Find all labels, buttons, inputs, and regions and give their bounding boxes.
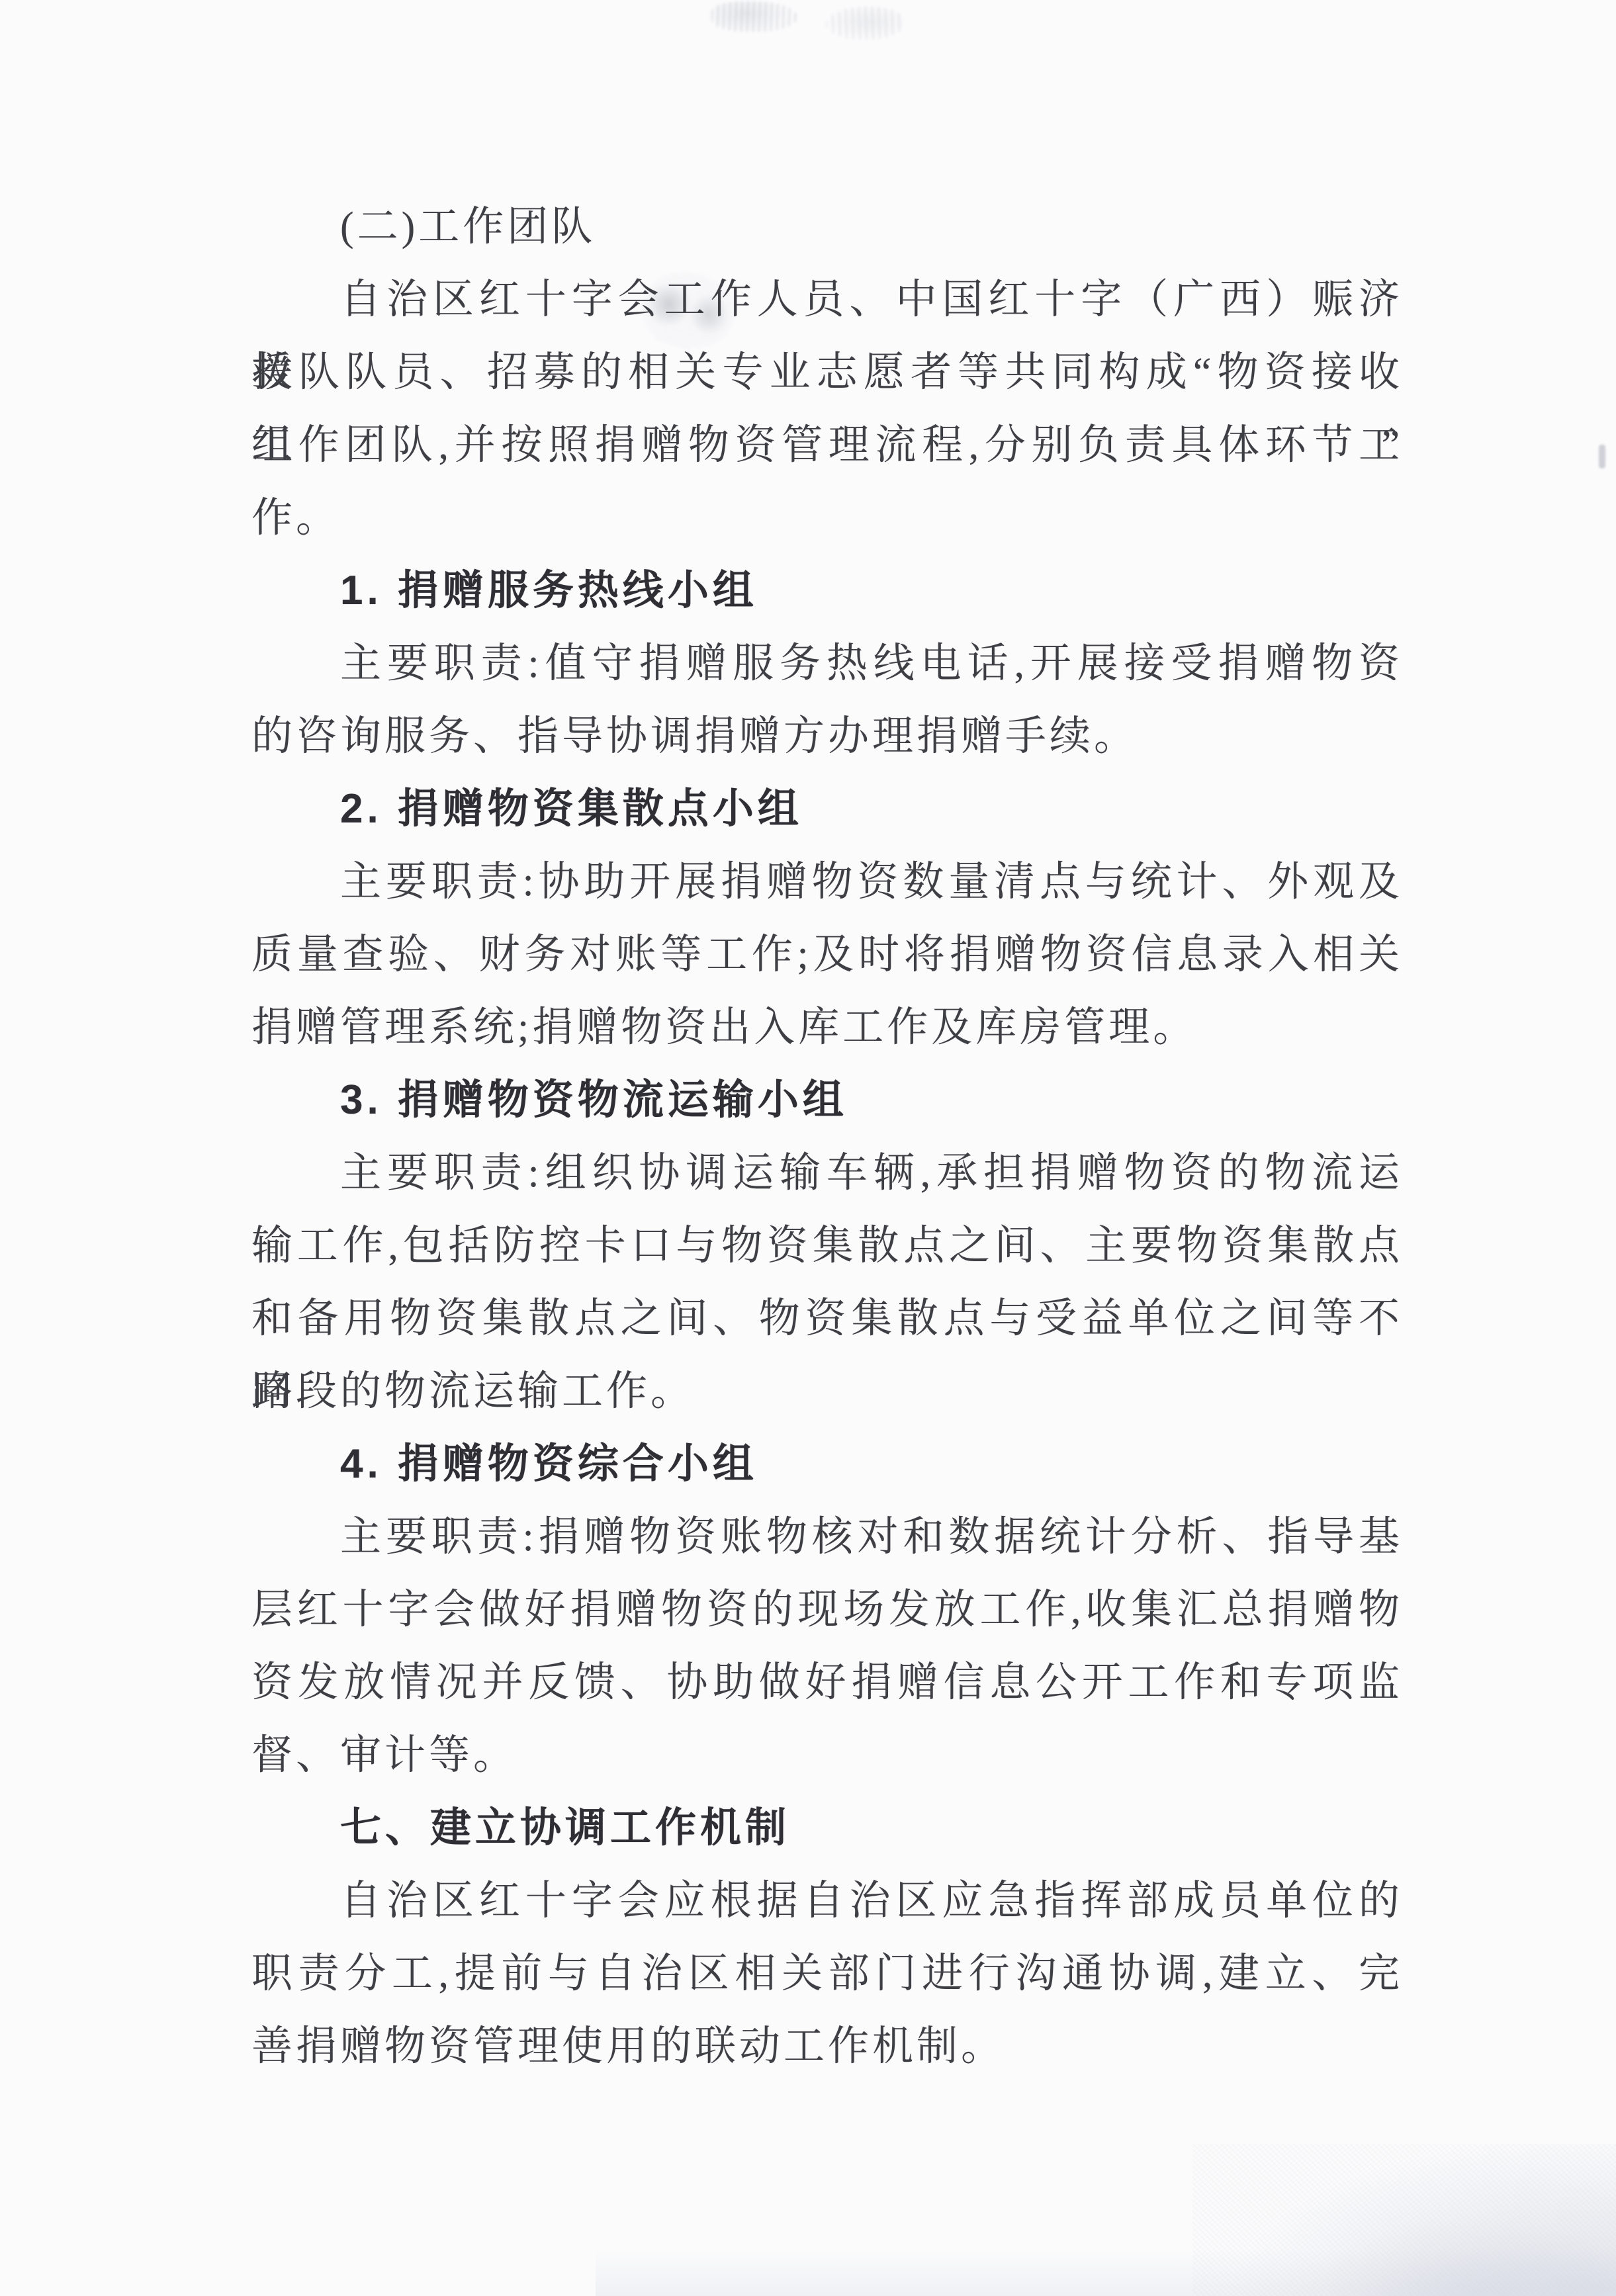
scanned-document-page: (二)工作团队自治区红十字会工作人员、中国红十字（广西）赈济救援队队员、招募的相… <box>0 0 1616 2296</box>
text-line: 主要职责:组织协调运输车辆,承担捐赠物资的物流运 <box>251 1137 1403 1210</box>
scan-noise-bottom-band <box>596 2250 1616 2296</box>
text-line: 工作团队,并按照捐赠物资管理流程,分别负责具体环节工 <box>251 409 1403 482</box>
text-line: 输工作,包括防控卡口与物资集散点之间、主要物资集散点 <box>251 1210 1403 1282</box>
text-line: 督、审计等。 <box>251 1719 1403 1792</box>
text-line: 和备用物资集散点之间、物资集散点与受益单位之间等不同 <box>251 1282 1403 1355</box>
text-line: 善捐赠物资管理使用的联动工作机制。 <box>251 2010 1403 2083</box>
text-line: 主要职责:捐赠物资账物核对和数据统计分析、指导基 <box>251 1501 1403 1573</box>
text-line: 质量查验、财务对账等工作;及时将捐赠物资信息录入相关 <box>251 918 1403 991</box>
section-heading: 2. 捐赠物资集散点小组 <box>251 773 1403 846</box>
scan-mark-right-edge <box>1599 445 1605 468</box>
section-heading: 3. 捐赠物资物流运输小组 <box>251 1064 1403 1137</box>
section-heading: 七、建立协调工作机制 <box>251 1792 1403 1865</box>
text-line: 捐赠管理系统;捐赠物资出入库工作及库房管理。 <box>251 991 1403 1064</box>
section-heading: (二)工作团队 <box>251 191 1403 263</box>
section-heading: 4. 捐赠物资综合小组 <box>251 1428 1403 1501</box>
text-line: 主要职责:值守捐赠服务热线电话,开展接受捐赠物资 <box>251 627 1403 700</box>
scan-noise-bottom-right <box>1192 2144 1616 2296</box>
document-body: (二)工作团队自治区红十字会工作人员、中国红十字（广西）赈济救援队队员、招募的相… <box>251 191 1403 2083</box>
text-line: 的咨询服务、指导协调捐赠方办理捐赠手续。 <box>251 700 1403 773</box>
section-heading: 1. 捐赠服务热线小组 <box>251 554 1403 627</box>
text-line: 资发放情况并反馈、协助做好捐赠信息公开工作和专项监 <box>251 1646 1403 1719</box>
text-line: 作。 <box>251 482 1403 554</box>
text-line: 自治区红十字会工作人员、中国红十字（广西）赈济救 <box>251 263 1403 336</box>
text-line: 援队队员、招募的相关专业志愿者等共同构成“物资接收组” <box>251 336 1403 409</box>
text-line: 层红十字会做好捐赠物资的现场发放工作,收集汇总捐赠物 <box>251 1573 1403 1646</box>
scan-smudge-top-right-cluster <box>826 7 904 40</box>
text-line: 路段的物流运输工作。 <box>251 1355 1403 1428</box>
scan-smudge-top-left-cluster <box>711 1 797 32</box>
text-line: 主要职责:协助开展捐赠物资数量清点与统计、外观及 <box>251 846 1403 918</box>
text-line: 自治区红十字会应根据自治区应急指挥部成员单位的 <box>251 1865 1403 1937</box>
text-line: 职责分工,提前与自治区相关部门进行沟通协调,建立、完 <box>251 1937 1403 2010</box>
